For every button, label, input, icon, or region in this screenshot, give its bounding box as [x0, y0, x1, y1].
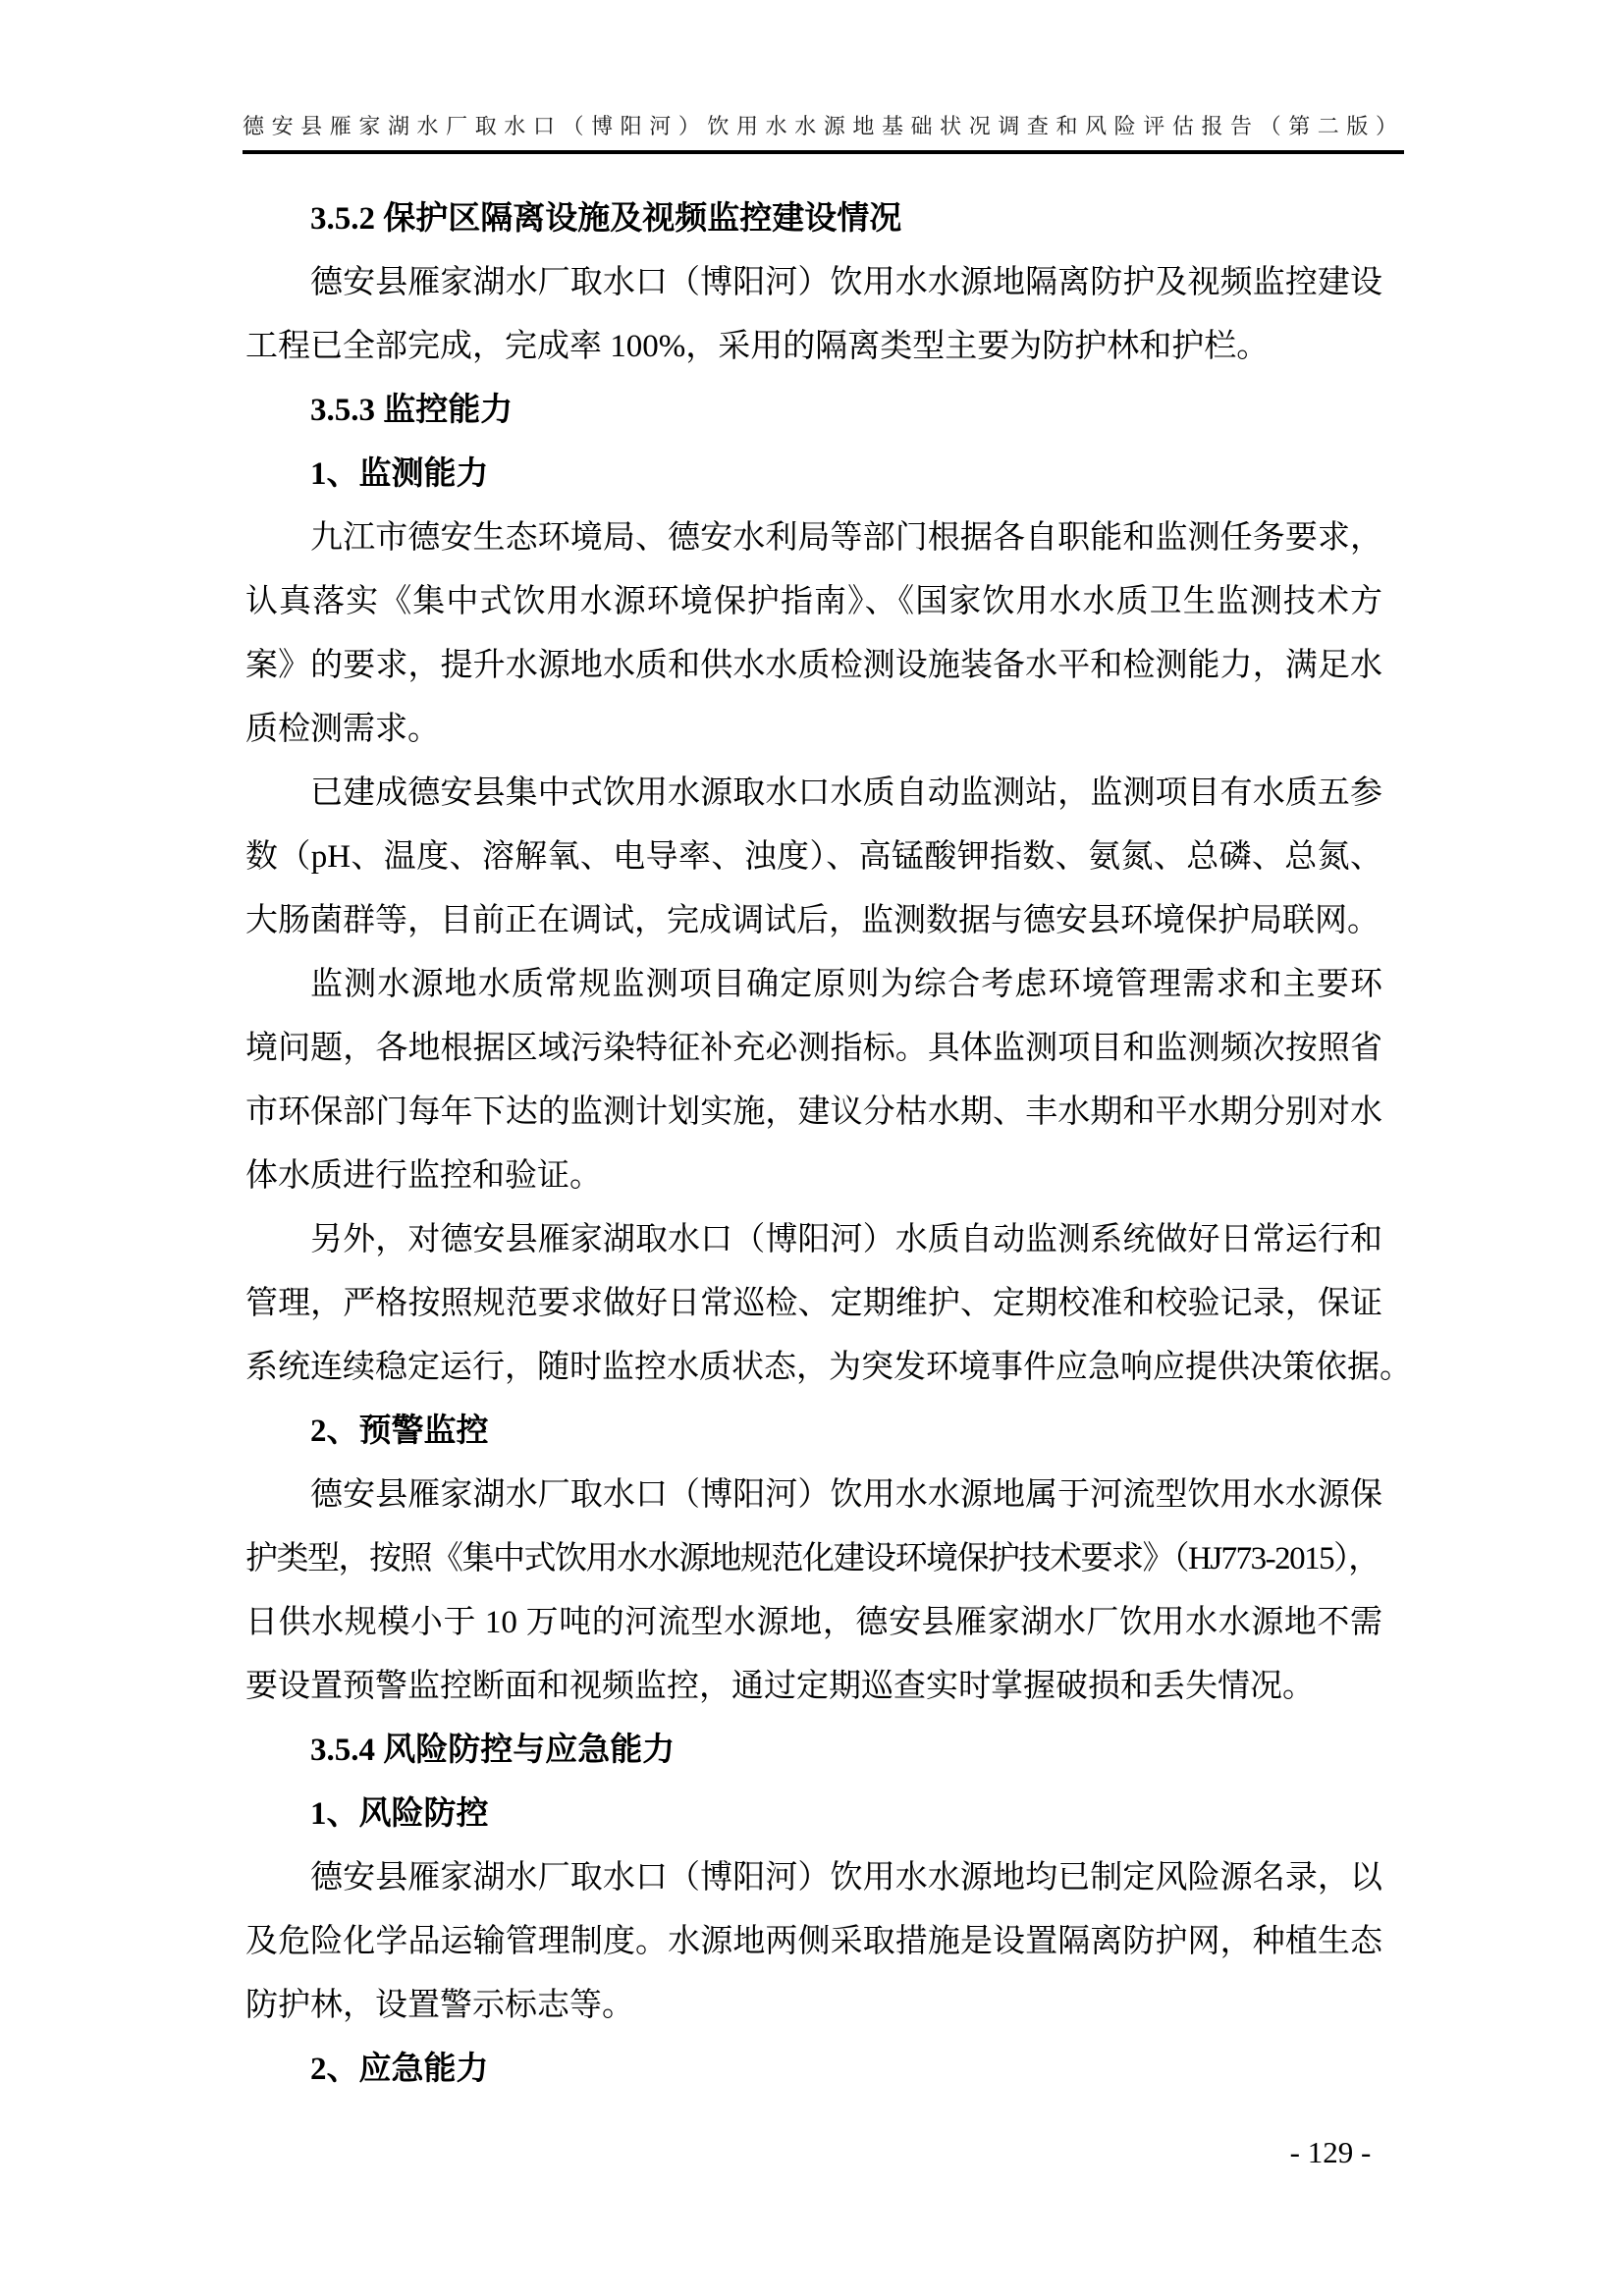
text-line: 德安县雁家湖水厂取水口（博阳河）饮用水水源地属于河流型饮用水水源保	[245, 1464, 1382, 1527]
text-line: 已建成德安县集中式饮用水源取水口水质自动监测站，监测项目有水质五参	[245, 762, 1382, 826]
subheading-warning-monitoring: 2、预警监控	[245, 1400, 1382, 1464]
section-heading-3-5-4: 3.5.4 风险防控与应急能力	[245, 1719, 1382, 1783]
text-line: 护类型，按照《集中式饮用水水源地规范化建设环境保护技术要求》（HJ773-201…	[245, 1527, 1382, 1591]
text-line: 工程已全部完成，完成率 100%，采用的隔离类型主要为防护林和护栏。	[245, 315, 1382, 379]
section-heading-3-5-3: 3.5.3 监控能力	[245, 379, 1382, 443]
subheading-risk-prevention: 1、风险防控	[245, 1783, 1382, 1846]
section-heading-3-5-2: 3.5.2 保护区隔离设施及视频监控建设情况	[245, 187, 1382, 251]
text-line: 大肠菌群等，目前正在调试，完成调试后，监测数据与德安县环境保护局联网。	[245, 889, 1382, 953]
text-line: 体水质进行监控和验证。	[245, 1145, 1382, 1208]
text-line: 境问题，各地根据区域污染特征补充必测指标。具体监测项目和监测频次按照省	[245, 1017, 1382, 1081]
page-header: 德安县雁家湖水厂取水口（博阳河）饮用水水源地基础状况调查和风险评估报告（第二版）	[243, 110, 1404, 154]
page-header-title: 德安县雁家湖水厂取水口（博阳河）饮用水水源地基础状况调查和风险评估报告（第二版）	[243, 110, 1404, 140]
subheading-emergency-capability: 2、应急能力	[245, 2038, 1382, 2102]
text-line: 要设置预警监控断面和视频监控，通过定期巡查实时掌握破损和丢失情况。	[245, 1655, 1382, 1719]
text-line: 德安县雁家湖水厂取水口（博阳河）饮用水水源地均已制定风险源名录，以	[245, 1846, 1382, 1910]
text-line: 认真落实《集中式饮用水源环境保护指南》、《国家饮用水水质卫生监测技术方	[245, 570, 1382, 634]
page-number: - 129 -	[1232, 2132, 1429, 2173]
text-line: 质检测需求。	[245, 698, 1382, 762]
text-line: 德安县雁家湖水厂取水口（博阳河）饮用水水源地隔离防护及视频监控建设	[245, 251, 1382, 315]
text-line: 及危险化学品运输管理制度。水源地两侧采取措施是设置隔离防护网，种植生态	[245, 1910, 1382, 1974]
text-line: 另外，对德安县雁家湖取水口（博阳河）水质自动监测系统做好日常运行和	[245, 1208, 1382, 1272]
text-line: 监测水源地水质常规监测项目确定原则为综合考虑环境管理需求和主要环	[245, 953, 1382, 1017]
text-line: 日供水规模小于 10 万吨的河流型水源地，德安县雁家湖水厂饮用水水源地不需	[245, 1591, 1382, 1655]
text-line: 管理，严格按照规范要求做好日常巡检、定期维护、定期校准和校验记录，保证	[245, 1272, 1382, 1336]
document-body: 3.5.2 保护区隔离设施及视频监控建设情况 德安县雁家湖水厂取水口（博阳河）饮…	[245, 187, 1382, 2102]
text-line: 市环保部门每年下达的监测计划实施，建议分枯水期、丰水期和平水期分别对水	[245, 1081, 1382, 1145]
subheading-monitoring-capability: 1、监测能力	[245, 443, 1382, 507]
text-line: 九江市德安生态环境局、德安水利局等部门根据各自职能和监测任务要求，	[245, 507, 1382, 570]
document-page: { "header": { "title": "德安县雁家湖水厂取水口（博阳河）…	[0, 0, 1624, 2296]
text-line: 防护林，设置警示标志等。	[245, 1974, 1382, 2038]
text-line: 系统连续稳定运行，随时监控水质状态，为突发环境事件应急响应提供决策依据。	[245, 1336, 1382, 1400]
text-line: 案》的要求，提升水源地水质和供水水质检测设施装备水平和检测能力，满足水	[245, 634, 1382, 698]
text-line: 数（pH、温度、溶解氧、电导率、浊度）、高锰酸钾指数、氨氮、总磷、总氮、	[245, 826, 1382, 889]
